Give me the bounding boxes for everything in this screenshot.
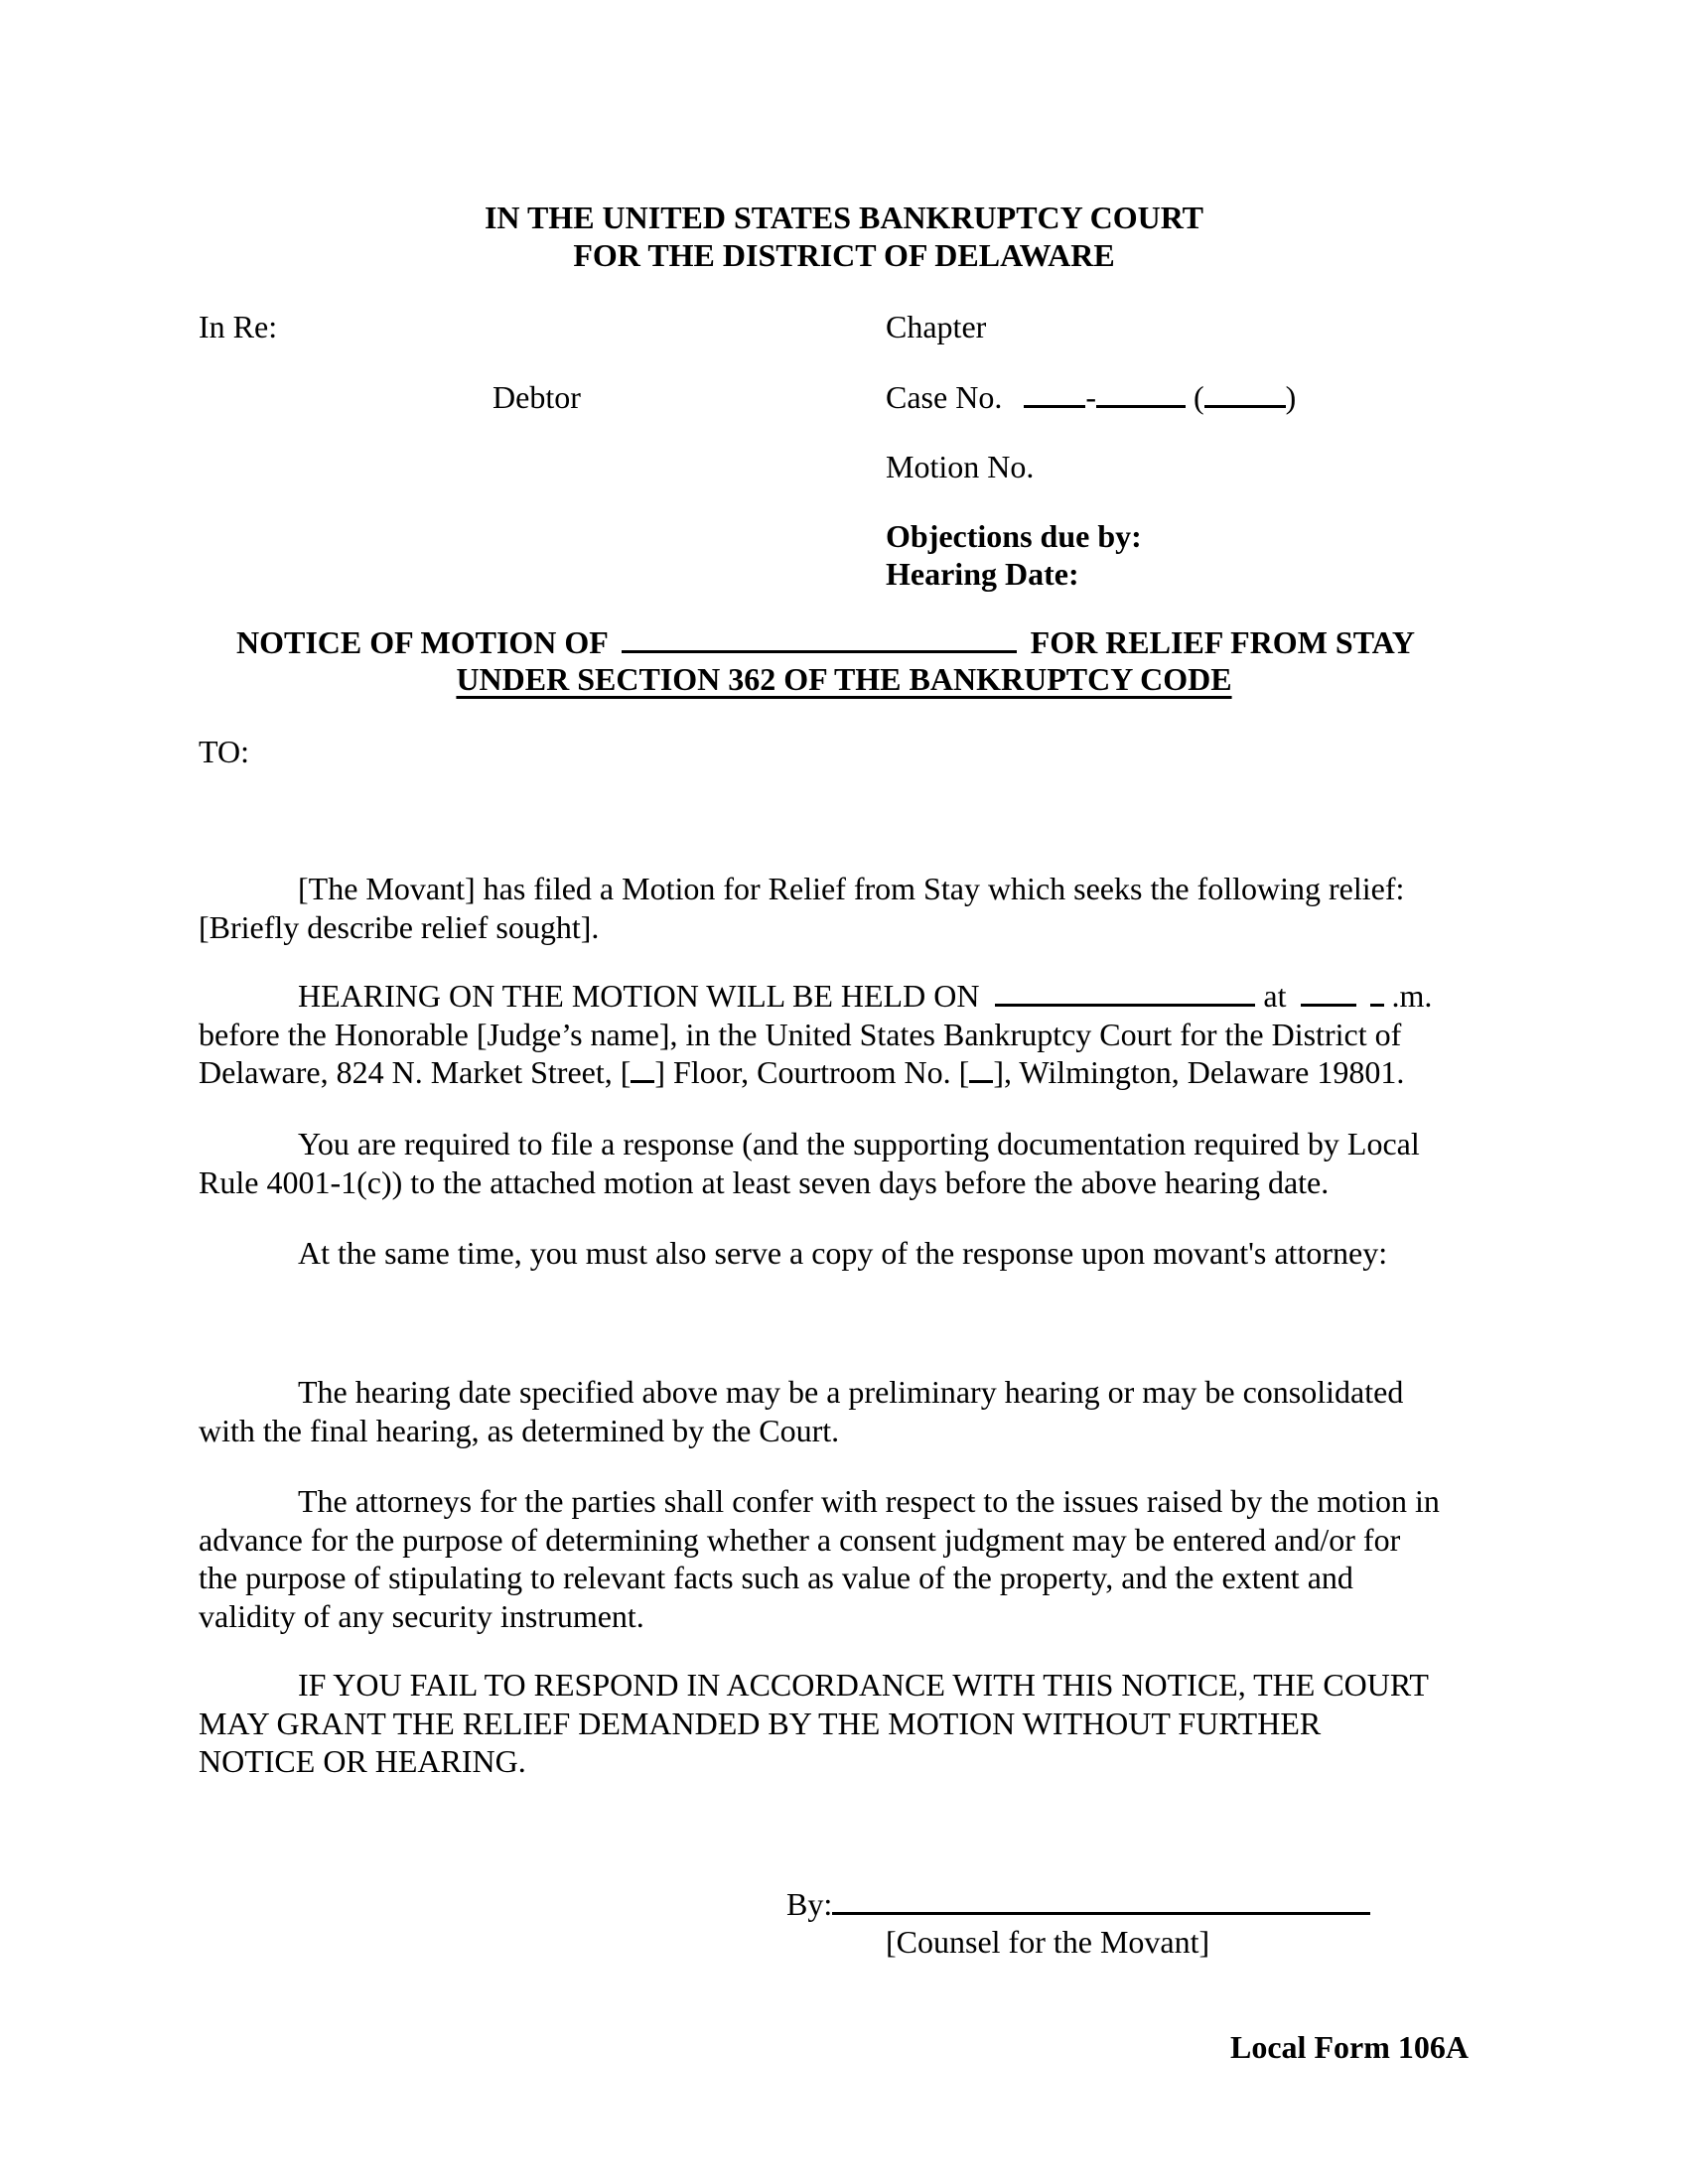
case-no-dash: - xyxy=(1085,379,1096,415)
p2-line-3-c: ], Wilmington, Delaware 19801. xyxy=(993,1054,1404,1090)
by-label: By: xyxy=(786,1886,832,1922)
chapter-label: Chapter xyxy=(886,308,986,345)
p4-line-1: At the same time, you must also serve a … xyxy=(298,1235,1387,1271)
p6-line-2: advance for the purpose of determining w… xyxy=(199,1521,1472,1560)
am-pm-blank[interactable] xyxy=(1370,978,1384,1007)
hearing-date-label: Hearing Date: xyxy=(886,555,1079,593)
p1-line-2: [Briefly describe relief sought]. xyxy=(199,908,1472,947)
case-no-open-paren: ( xyxy=(1194,379,1204,415)
counsel-label: [Counsel for the Movant] xyxy=(886,1923,1209,1961)
floor-blank[interactable] xyxy=(631,1056,654,1083)
movant-name-blank[interactable] xyxy=(622,624,1017,653)
form-identifier: Local Form 106A xyxy=(1230,2028,1469,2066)
courtroom-blank[interactable] xyxy=(969,1056,993,1083)
p3-line-2: Rule 4001-1(c)) to the attached motion a… xyxy=(199,1163,1472,1202)
p7-line-3: NOTICE OR HEARING. xyxy=(199,1742,1472,1781)
notice-title-line-2: UNDER SECTION 362 OF THE BANKRUPTCY CODE xyxy=(0,660,1688,698)
objections-due-label: Objections due by: xyxy=(886,517,1142,555)
debtor-label: Debtor xyxy=(492,378,581,416)
p2-line-2: before the Honorable [Judge’s name], in … xyxy=(199,1016,1472,1054)
p7-line-1: IF YOU FAIL TO RESPOND IN ACCORDANCE WIT… xyxy=(298,1667,1429,1703)
paragraph-response-required: You are required to file a response (and… xyxy=(199,1125,1472,1201)
p1-line-1: [The Movant] has filed a Motion for Reli… xyxy=(298,871,1404,906)
p3-line-1: You are required to file a response (and… xyxy=(298,1126,1420,1161)
p2-at: at xyxy=(1263,978,1286,1014)
case-year-blank[interactable] xyxy=(1024,379,1085,408)
to-label: TO: xyxy=(199,733,249,770)
notice-title-suffix: FOR RELIEF FROM STAY xyxy=(1031,624,1415,660)
notice-title-prefix: NOTICE OF MOTION OF xyxy=(236,624,608,660)
case-number-blank[interactable] xyxy=(1096,379,1186,408)
p6-line-1: The attorneys for the parties shall conf… xyxy=(298,1483,1440,1519)
paragraph-serve-copy: At the same time, you must also serve a … xyxy=(199,1234,1472,1273)
judge-initials-blank[interactable] xyxy=(1204,379,1286,408)
in-re-label: In Re: xyxy=(199,308,277,345)
p2-line-3-a: Delaware, 824 N. Market Street, [ xyxy=(199,1054,631,1090)
p5-line-2: with the final hearing, as determined by… xyxy=(199,1412,1472,1450)
paragraph-preliminary-hearing: The hearing date specified above may be … xyxy=(199,1373,1472,1449)
p6-line-4: validity of any security instrument. xyxy=(199,1597,1472,1636)
court-title-line-1: IN THE UNITED STATES BANKRUPTCY COURT xyxy=(0,199,1688,236)
notice-title-underlined: UNDER SECTION 362 OF THE BANKRUPTCY CODE xyxy=(456,661,1231,697)
case-no-label: Case No. xyxy=(886,379,1002,415)
paragraph-attorneys-confer: The attorneys for the parties shall conf… xyxy=(199,1482,1472,1635)
p5-line-1: The hearing date specified above may be … xyxy=(298,1374,1403,1410)
hearing-time-blank[interactable] xyxy=(1301,978,1356,1007)
p2-line-3-b: ] Floor, Courtroom No. [ xyxy=(654,1054,969,1090)
paragraph-failure-warning: IF YOU FAIL TO RESPOND IN ACCORDANCE WIT… xyxy=(199,1666,1472,1781)
motion-no-label: Motion No. xyxy=(886,448,1034,485)
document-page: IN THE UNITED STATES BANKRUPTCY COURT FO… xyxy=(0,0,1688,2184)
p6-line-3: the purpose of stipulating to relevant f… xyxy=(199,1559,1472,1597)
hearing-date-blank[interactable] xyxy=(995,978,1255,1007)
case-no-close-paren: ) xyxy=(1286,379,1297,415)
court-title-line-2: FOR THE DISTRICT OF DELAWARE xyxy=(0,236,1688,274)
p2-line-1-prefix: HEARING ON THE MOTION WILL BE HELD ON xyxy=(298,978,979,1014)
paragraph-hearing: HEARING ON THE MOTION WILL BE HELD ON at… xyxy=(199,977,1472,1092)
p7-line-2: MAY GRANT THE RELIEF DEMANDED BY THE MOT… xyxy=(199,1705,1472,1743)
case-number-field: Case No. - () xyxy=(886,378,1296,416)
notice-title-line-1: NOTICE OF MOTION OF FOR RELIEF FROM STAY xyxy=(236,623,1415,661)
p2-m-suffix: .m. xyxy=(1392,978,1433,1014)
signature-blank[interactable] xyxy=(832,1886,1370,1915)
signature-line: By: xyxy=(786,1885,1370,1923)
paragraph-relief-sought: [The Movant] has filed a Motion for Reli… xyxy=(199,870,1472,946)
